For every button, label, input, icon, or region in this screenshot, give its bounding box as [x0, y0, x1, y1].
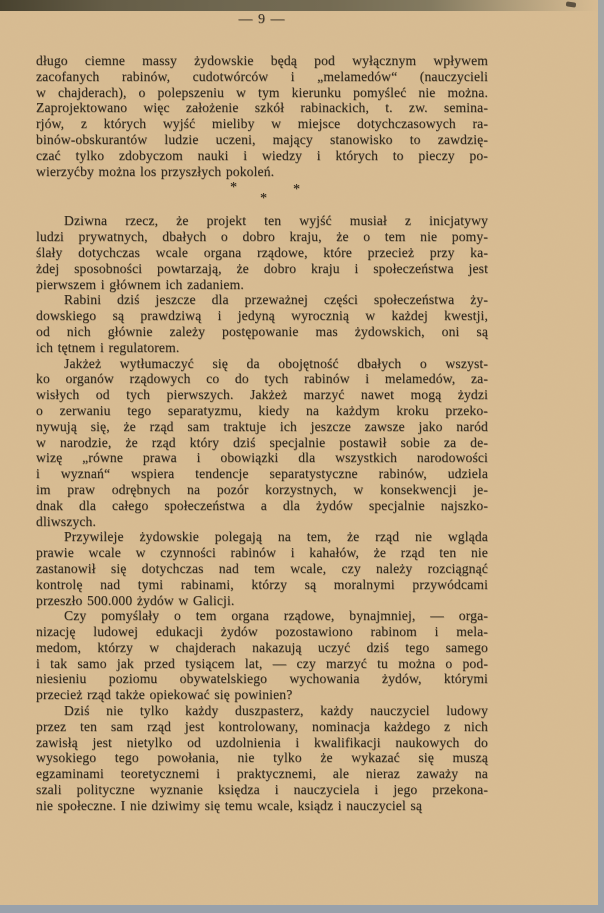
- text-line: binów-obskurantów ludzie uczeni, mający …: [36, 132, 488, 148]
- paragraph: długo ciemne massy żydowskie będą pod wy…: [36, 53, 488, 179]
- text-line: w chajderach), o polepszeniu w tym kieru…: [36, 85, 488, 101]
- text-line: wierzyćby można los przyszłych pokoleń.: [36, 164, 488, 180]
- text-line: pierwszem i głównem ich zadaniem.: [36, 277, 488, 293]
- paragraph: Dziwna rzecz, że projekt ten wyjść musia…: [36, 213, 488, 292]
- text-line: o zerwaniu tego separatyzmu, kiedy na ka…: [36, 403, 488, 419]
- text-line: wisłych od tych pierwszych. Jakżeż marzy…: [36, 387, 488, 403]
- text-line: prawie wcale w czynności rabinów i kahał…: [36, 545, 488, 561]
- text-line: im praw odrębnych na pozór korzystnych, …: [36, 482, 488, 498]
- text-line: nywują się, że rząd sam traktuje ich jes…: [36, 419, 488, 435]
- text-line: dnak dla całego społeczeństwa a dla żydó…: [36, 498, 488, 514]
- text-line: Dziwna rzecz, że projekt ten wyjść musia…: [36, 213, 488, 229]
- text-line: i wyznań“ wspiera tendencje separatystyc…: [36, 466, 488, 482]
- text-line: Zaprojektowano więc założenie szkół rabi…: [36, 100, 488, 116]
- asterisk: *: [230, 180, 237, 196]
- text-line: medom, którzy w chajderach nakazują uczy…: [36, 640, 488, 656]
- asterisk: *: [260, 191, 267, 207]
- asterisk-separator: ***: [36, 179, 488, 213]
- page-top-edge-shadow: [0, 0, 598, 11]
- text-line: długo ciemne massy żydowskie będą pod wy…: [36, 53, 488, 69]
- paragraph: Czy pomyślały o tem organa rządowe, byna…: [36, 608, 488, 703]
- text-line: egzaminami teoretycznemi i praktycznemi,…: [36, 766, 488, 782]
- text-line: w narodzie, że rząd który dziś specjalni…: [36, 435, 488, 451]
- text-line: przeszło 500.000 żydów w Galicji.: [36, 593, 488, 609]
- text-line: czać tylko zdobyczom nauki i wiedzy i kt…: [36, 148, 488, 164]
- text-line: od nich głównie zależy postępowanie mas …: [36, 324, 488, 340]
- text-line: niesieniu poziomu obywatelskiego wychowa…: [36, 671, 488, 687]
- paragraph: Jakżeż wytłumaczyć się da obojętność dba…: [36, 356, 488, 530]
- text-line: szali polityczne wyznanie księdza i nauc…: [36, 782, 488, 798]
- scan-background: — 9 — długo ciemne massy żydowskie będą …: [0, 0, 604, 913]
- text-line: Czy pomyślały o tem organa rządowe, byna…: [36, 608, 488, 624]
- text-line: żdej sposobności powtarzają, że dobro kr…: [36, 261, 488, 277]
- text-line: zacofanych rabinów, cudotwórców i „melam…: [36, 69, 488, 85]
- text-line: rjów, z których wyjść mieliby w miejsce …: [36, 116, 488, 132]
- text-line: dowskiego są prawdziwą i jedyną wyroczni…: [36, 308, 488, 324]
- page-number: — 9 —: [36, 12, 488, 28]
- paragraph: Przywileje żydowskie polegają na tem, że…: [36, 529, 488, 608]
- text-line: Rabini dziś jeszcze dla przeważnej częśc…: [36, 292, 488, 308]
- text-line: Przywileje żydowskie polegają na tem, że…: [36, 529, 488, 545]
- asterisk: *: [293, 182, 300, 198]
- text-line: przez ten sam rząd jest kontrolowany, no…: [36, 719, 488, 735]
- text-line: przecież rząd także opiekować się powini…: [36, 687, 488, 703]
- text-line: Dziś nie tylko każdy duszpasterz, każdy …: [36, 703, 488, 719]
- text-line: nizację ludowej edukacji żydów pozostawi…: [36, 624, 488, 640]
- text-line: ich tętnem i regulatorem.: [36, 340, 488, 356]
- text-line: Jakżeż wytłumaczyć się da obojętność dba…: [36, 356, 488, 372]
- text-line: kontrolę nad tymi rabinami, którzy są mo…: [36, 577, 488, 593]
- text-line: ślały dotychczas wcale organa rządowe, k…: [36, 245, 488, 261]
- text-line: wysokiego tego powołania, nie tylko że w…: [36, 750, 488, 766]
- text-line: ko organów rządowych co do tych rabinów …: [36, 371, 488, 387]
- text-line: ludzi prywatnych, dbałych o dobro kraju,…: [36, 229, 488, 245]
- text-line: zawisłą jest nietylko od uzdolnienia i k…: [36, 735, 488, 751]
- text-line: zastanowił się dotychczas nad tem wcale,…: [36, 561, 488, 577]
- text-block: długo ciemne massy żydowskie będą pod wy…: [36, 53, 488, 814]
- text-line: dliwszych.: [36, 514, 488, 530]
- book-page: — 9 — długo ciemne massy żydowskie będą …: [0, 0, 598, 905]
- paragraph: Rabini dziś jeszcze dla przeważnej częśc…: [36, 292, 488, 355]
- paragraph: Dziś nie tylko każdy duszpasterz, każdy …: [36, 703, 488, 814]
- text-line: wizę „równe prawa i obowiązki dla wszyst…: [36, 450, 488, 466]
- text-line: nie społeczne. I nie dziwimy się temu wc…: [36, 798, 488, 814]
- text-line: i tak samo jak przed tysiącem lat, — czy…: [36, 656, 488, 672]
